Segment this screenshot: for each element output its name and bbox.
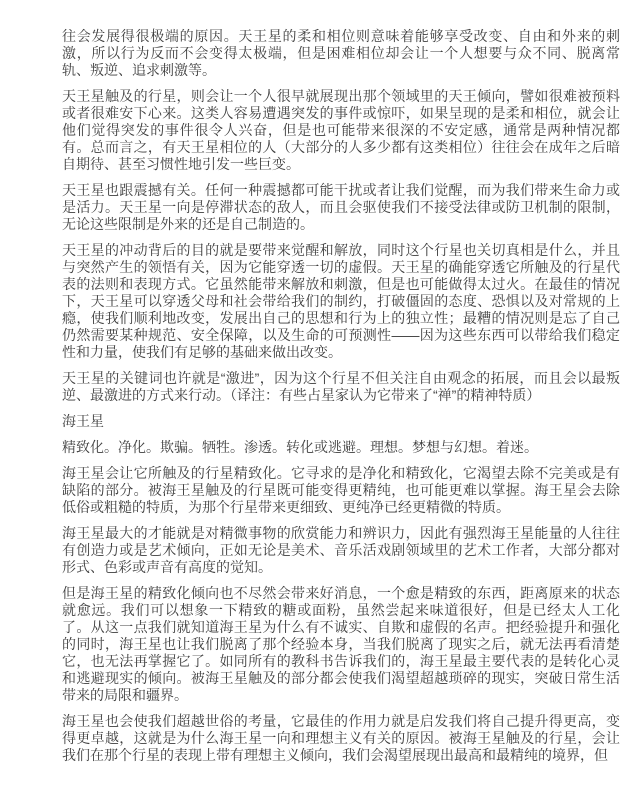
paragraph-neptune-downside: 但是海王星的精致化倾向也不尽然会带来好消息，一个愈是精致的东西，距离原来的状态就… (62, 585, 620, 704)
paragraph-neptune-talent: 海王星最大的才能就是对精微事物的欣赏能力和辨识力，因此有强烈海王星能量的人往往有… (62, 525, 620, 576)
document-text-block: 往会发展得很极端的原因。天王星的柔和相位则意味着能够享受改变、自由和外来的刺激，… (62, 28, 620, 764)
section-heading-neptune: 海王星 (62, 413, 620, 430)
paragraph-uranus-awakening: 天王星的冲动背后的目的就是要带来觉醒和解放，同时这个行星也关切真相是什么，并且与… (62, 242, 620, 361)
paragraph-uranus-extremes: 往会发展得很极端的原因。天王星的柔和相位则意味着能够享受改变、自由和外来的刺激，… (62, 28, 620, 79)
document-page: 往会发展得很极端的原因。天王星的柔和相位则意味着能够享受改变、自由和外来的刺激，… (0, 0, 641, 785)
paragraph-uranus-shock: 天王星也跟震撼有关。任何一种震撼都可能干扰或者让我们觉醒，而为我们带来生命力或是… (62, 182, 620, 233)
paragraph-uranus-planets-touched: 天王星触及的行星，则会让一个人很早就展现出那个领域里的天王倾向，譬如很难被预料或… (62, 88, 620, 173)
paragraph-neptune-idealism: 海王星也会使我们超越世俗的考量，它最佳的作用力就是启发我们将自己提升得更高，变得… (62, 713, 620, 764)
neptune-keywords-line: 精致化。净化。欺骗。牺牲。渗透。转化或逃避。理想。梦想与幻想。着迷。 (62, 439, 620, 456)
paragraph-uranus-keyword-radical: 天王星的关键词也许就是“激进”，因为这个行星不但关注自由观念的拓展，而且会以最叛… (62, 370, 620, 404)
paragraph-neptune-refinement: 海王星会让它所触及的行星精致化。它寻求的是净化和精致化，它渴望去除不完美或是有缺… (62, 465, 620, 516)
